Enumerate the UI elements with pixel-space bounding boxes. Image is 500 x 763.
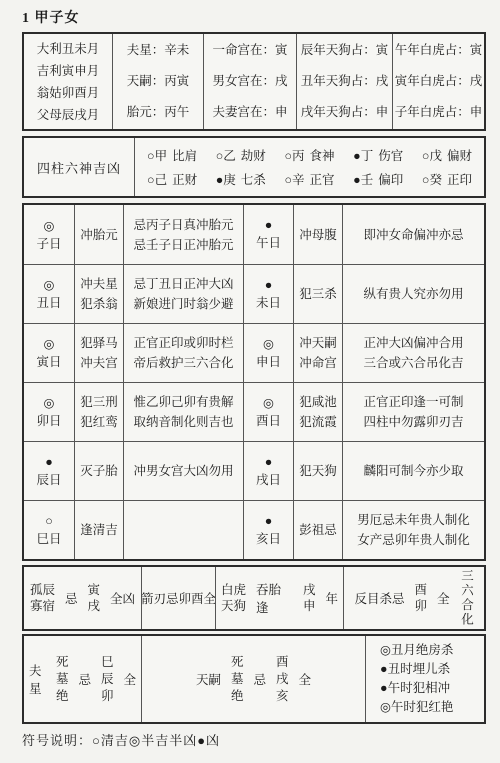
note-cell: 麟阳可制今亦少取 [342, 441, 484, 500]
stem-item: ○甲比肩 [147, 146, 197, 164]
hour-notes-cell: ◎丑月绝房杀 ●丑时埋儿杀 ●午时犯相冲 ◎午时犯红艳 [365, 636, 484, 722]
verdict-cell: 灭子胎 [74, 441, 123, 500]
baihu-line: 午年白虎占：寅 [395, 35, 483, 66]
sha-branches: 寅戌 [88, 582, 101, 614]
day-grid-table: ◎子日 冲胎元 忌丙子日真冲胎元忌壬子日正冲胎元 ●午日 冲母腹 即冲女命偏冲亦… [22, 203, 486, 561]
tiangou-line: 戌年天狗占：申 [301, 97, 389, 128]
note-cell: 忌丁丑日正冲大凶新娘进门时翁少避 [123, 264, 243, 323]
baihu-tiangou-cell: 白虎天狗 吞胎逢 戌申 年 [215, 567, 343, 629]
luck-symbol-icon: ● [265, 514, 273, 529]
luck-symbol-icon: ● [380, 681, 388, 695]
verdict-cell: 冲夫星犯杀翁 [74, 264, 123, 323]
god-name: 偏财 [447, 149, 472, 163]
sha-tail: 年 [325, 589, 338, 607]
luck-symbol-icon: ● [353, 173, 361, 187]
day-label: 亥日 [256, 529, 281, 547]
six-gods-body: ○甲比肩 ○乙劫财 ○丙食神 ●丁伤官 ○戊偏财 ○己正财 ●庚七杀 ○辛正官 … [134, 138, 484, 196]
god-name: 偏印 [378, 173, 403, 187]
day-label: 寅日 [36, 352, 61, 370]
note-cell: 正官正印或卯时栏帝后救护三六合化 [123, 323, 243, 382]
stars-cell: 夫星：辛未 天嗣：丙寅 胎元：丙午 [112, 34, 203, 129]
six-gods-table: 四柱六神吉凶 ○甲比肩 ○乙劫财 ○丙食神 ●丁伤官 ○戊偏财 ○己正财 ●庚七… [22, 136, 486, 198]
fanmu-cell: 反目杀忌 酉卯 全 三六合化 [343, 567, 484, 629]
sha-vertical-note: 三六合化 [460, 569, 474, 627]
baihu-line: 寅年白虎占：戌 [395, 66, 483, 97]
stem-item: ○己正财 [147, 170, 197, 188]
stem-item: ●壬偏印 [353, 170, 403, 188]
stem-item: ○戊偏财 [422, 146, 472, 164]
day-cell: ◎子日 [24, 205, 74, 264]
baihu-cell: 午年白虎占：寅 寅年白虎占：戌 子年白虎占：申 [392, 34, 484, 129]
day-cell: ●亥日 [243, 500, 293, 559]
god-name: 伤官 [378, 149, 403, 163]
day-label: 戌日 [256, 470, 281, 488]
day-cell: ●未日 [243, 264, 293, 323]
luck-symbol-icon: ● [353, 149, 361, 163]
star-line: 天嗣：丙寅 [127, 66, 190, 97]
stem-char: 丙 [292, 149, 305, 163]
god-name: 正官 [310, 173, 335, 187]
sha-names: 孤辰寡宿 [30, 582, 55, 614]
verdict-cell: 冲天嗣冲命宫 [293, 323, 342, 382]
luck-symbol-icon: ○ [45, 514, 53, 529]
verdict-cell: 冲母腹 [293, 205, 342, 264]
guchen-cell: 孤辰寡宿 忌 寅戌 全凶 [24, 567, 141, 629]
day-cell: ◎酉日 [243, 382, 293, 441]
grave-mid: 忌 [253, 670, 266, 688]
luck-symbol-icon: ◎ [380, 700, 391, 714]
god-name: 正印 [447, 173, 472, 187]
day-cell: ◎卯日 [24, 382, 74, 441]
luck-symbol-icon: ● [265, 278, 273, 293]
stem-item: ○乙劫财 [216, 146, 266, 164]
luck-symbol-icon: ○ [284, 173, 292, 187]
tiangou-line: 辰年天狗占：寅 [301, 35, 389, 66]
verdict-cell: 犯驿马冲夫宫 [74, 323, 123, 382]
day-label: 丑日 [36, 293, 61, 311]
luck-symbol-icon: ◎ [44, 336, 55, 352]
sha-mid: 全 [437, 589, 450, 607]
grave-tail: 全 [123, 670, 136, 688]
hour-note: ◎午时犯红艳 [380, 698, 453, 717]
god-name: 比肩 [172, 149, 197, 163]
stem-char: 辛 [292, 173, 305, 187]
stem-char: 戊 [429, 149, 442, 163]
note-cell: 惟乙卯己卯有贵解取纳音制化则吉也 [123, 382, 243, 441]
stem-char: 甲 [155, 149, 168, 163]
verdict-cell: 彭祖忌 [293, 500, 342, 559]
stem-item: ●丁伤官 [353, 146, 403, 164]
note-cell: 正冲大凶偏冲合用三合或六合吊化吉 [342, 323, 484, 382]
symbol-legend: 符号说明：○清吉◎半吉半凶●凶 [22, 730, 500, 749]
sha-names: 白虎天狗 [221, 582, 246, 614]
day-label: 酉日 [256, 411, 281, 429]
day-label: 巳日 [36, 529, 61, 547]
star-line: 胎元：丙午 [127, 97, 190, 128]
day-cell: ◎寅日 [24, 323, 74, 382]
luck-symbol-icon: ○ [147, 173, 155, 187]
stem-char: 己 [155, 173, 168, 187]
luck-symbol-icon: ◎ [44, 395, 55, 411]
sha-summary-table: 孤辰寡宿 忌 寅戌 全凶 箭刃忌卯酉全 白虎天狗 吞胎逢 戌申 年 反目杀忌 酉… [22, 565, 486, 631]
sha-head: 反目杀忌 [354, 589, 404, 607]
verdict-cell: 犯三杀 [293, 264, 342, 323]
tiangou-line: 丑年天狗占：戌 [301, 66, 389, 97]
six-gods-row: ○己正财 ●庚七杀 ○辛正官 ●壬偏印 ○癸正印 [147, 170, 472, 188]
grave-branches: 酉戌亥 [276, 654, 289, 705]
day-label: 子日 [36, 234, 61, 252]
grave-tail: 全 [299, 670, 312, 688]
luck-symbol-icon: ◎ [263, 336, 274, 352]
day-cell: ●戌日 [243, 441, 293, 500]
stem-char: 壬 [361, 173, 374, 187]
note-cell [123, 500, 243, 559]
luck-symbol-icon: ● [380, 662, 388, 676]
grave-head: 天嗣 [196, 670, 221, 688]
verdict-cell: 犯咸池犯流霞 [293, 382, 342, 441]
luck-symbol-icon: ○ [147, 149, 155, 163]
palaces-cell: 一命宫在：寅 男女宫在：戌 夫妻宫在：申 [203, 34, 296, 129]
stem-item: ○癸正印 [422, 170, 472, 188]
god-name: 正财 [172, 173, 197, 187]
day-cell: ◎申日 [243, 323, 293, 382]
grave-row-table: 夫星 死墓绝 忌 巳辰卯 全 天嗣 死墓绝 忌 酉戌亥 全 ◎丑月绝房杀 ●丑时… [22, 634, 486, 724]
hour-note: ●丑时埋儿杀 [380, 660, 450, 679]
stem-item: ●庚七杀 [216, 170, 266, 188]
lucky-month-line: 父母辰戌月 [37, 104, 100, 126]
note-cell: 纵有贵人究亦勿用 [342, 264, 484, 323]
note-cell: 冲男女宫大凶勿用 [123, 441, 243, 500]
palace-line: 夫妻宫在：申 [212, 97, 287, 128]
note-cell: 忌丙子日真冲胎元忌壬子日正冲胎元 [123, 205, 243, 264]
lucky-month-line: 吉利寅申月 [37, 60, 100, 82]
stem-char: 癸 [429, 173, 442, 187]
stem-char: 庚 [223, 173, 236, 187]
day-label: 辰日 [36, 470, 61, 488]
verdict-cell: 犯三刑犯红鸾 [74, 382, 123, 441]
six-gods-row: ○甲比肩 ○乙劫财 ○丙食神 ●丁伤官 ○戊偏财 [147, 146, 472, 164]
luck-symbol-icon: ◎ [44, 218, 55, 234]
day-cell: ◎丑日 [24, 264, 74, 323]
fuxing-grave-cell: 夫星 死墓绝 忌 巳辰卯 全 [24, 636, 141, 722]
day-cell: ○巳日 [24, 500, 74, 559]
note-cell: 即冲女命偏冲亦忌 [342, 205, 484, 264]
note-cell: 正官正印逢一可制四柱中勿露卯刃吉 [342, 382, 484, 441]
hour-note: ◎丑月绝房杀 [380, 641, 453, 660]
note-cell: 男厄忌未年贵人制化女产忌卯年贵人制化 [342, 500, 484, 559]
sha-branches: 戌申 [303, 582, 316, 614]
tiangou-cell: 辰年天狗占：寅 丑年天狗占：戌 戌年天狗占：申 [296, 34, 392, 129]
day-label: 卯日 [36, 411, 61, 429]
palace-line: 一命宫在：寅 [212, 35, 287, 66]
luck-symbol-icon: ◎ [263, 395, 274, 411]
luck-symbol-icon: ● [45, 455, 53, 470]
luck-symbol-icon: ○ [284, 149, 292, 163]
six-gods-label: 四柱六神吉凶 [24, 138, 134, 196]
grave-states: 死墓绝 [56, 654, 69, 705]
god-name: 劫财 [241, 149, 266, 163]
luck-symbol-icon: ◎ [44, 277, 55, 293]
sha-branches: 酉卯 [414, 582, 427, 614]
lucky-month-line: 翁姑卯酉月 [37, 82, 100, 104]
luck-symbol-icon: ● [265, 218, 273, 233]
sha-mid: 忌 [65, 589, 78, 607]
day-label: 申日 [256, 352, 281, 370]
grave-head: 夫星 [29, 661, 46, 697]
day-label: 午日 [256, 233, 281, 251]
info-header-table: 大利丑未月 吉利寅申月 翁姑卯酉月 父母辰戌月 夫星：辛未 天嗣：丙寅 胎元：丙… [22, 32, 486, 131]
jianren-cell: 箭刃忌卯酉全 [141, 567, 215, 629]
stem-char: 丁 [361, 149, 374, 163]
verdict-cell: 犯天狗 [293, 441, 342, 500]
sha-mid: 吞胎逢 [256, 580, 293, 616]
baihu-line: 子年白虎占：申 [395, 97, 483, 128]
stem-item: ○丙食神 [284, 146, 334, 164]
luck-symbol-icon: ● [265, 455, 273, 470]
star-line: 夫星：辛未 [127, 35, 190, 66]
page-title: 1 甲子女 [22, 7, 500, 27]
tiansi-grave-cell: 天嗣 死墓绝 忌 酉戌亥 全 [141, 636, 365, 722]
day-cell: ●午日 [243, 205, 293, 264]
god-name: 食神 [310, 149, 335, 163]
grave-mid: 忌 [78, 670, 91, 688]
almanac-page: 1 甲子女 大利丑未月 吉利寅申月 翁姑卯酉月 父母辰戌月 夫星：辛未 天嗣：丙… [0, 0, 500, 763]
hour-note: ●午时犯相冲 [380, 679, 450, 698]
lucky-months-cell: 大利丑未月 吉利寅申月 翁姑卯酉月 父母辰戌月 [24, 34, 112, 129]
day-label: 未日 [256, 293, 281, 311]
lucky-month-line: 大利丑未月 [37, 38, 100, 60]
grave-states: 死墓绝 [231, 654, 244, 705]
grave-branches: 巳辰卯 [101, 654, 114, 705]
stem-item: ○辛正官 [284, 170, 334, 188]
stem-char: 乙 [223, 149, 236, 163]
day-cell: ●辰日 [24, 441, 74, 500]
palace-line: 男女宫在：戌 [212, 66, 287, 97]
verdict-cell: 逢清吉 [74, 500, 123, 559]
verdict-cell: 冲胎元 [74, 205, 123, 264]
sha-tail: 全凶 [110, 589, 135, 607]
god-name: 七杀 [241, 173, 266, 187]
luck-symbol-icon: ◎ [380, 643, 391, 657]
